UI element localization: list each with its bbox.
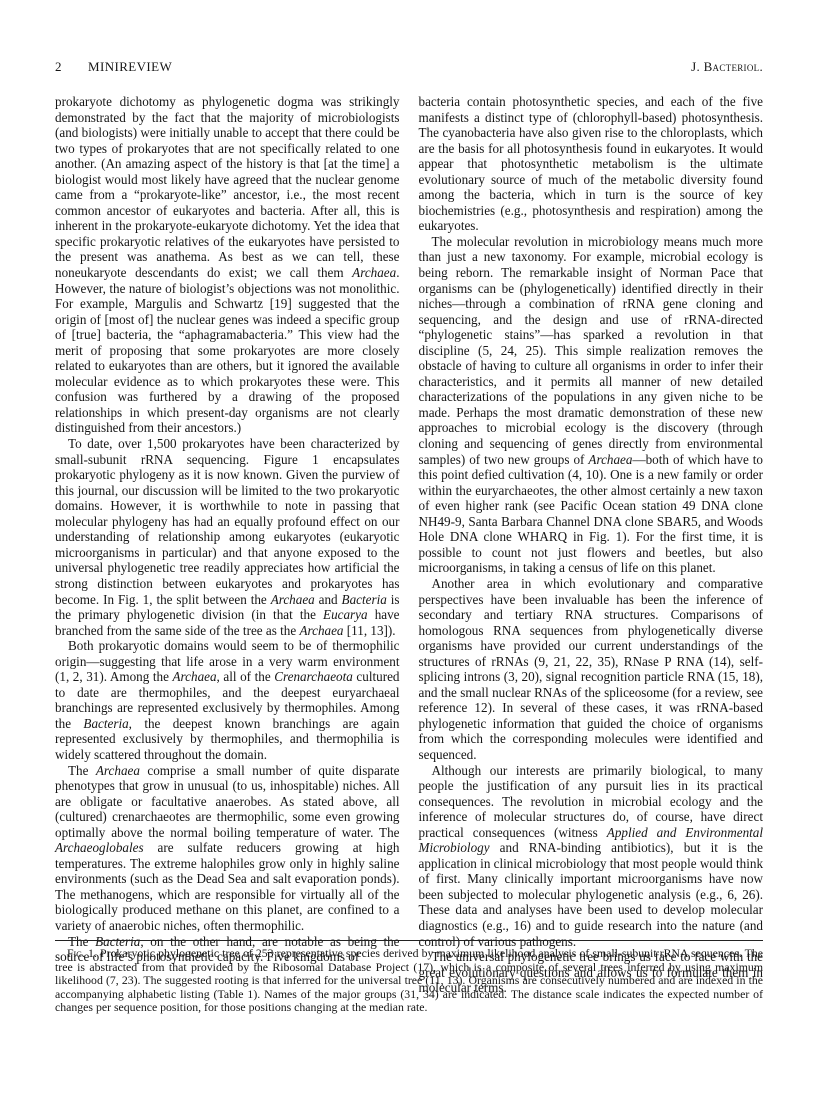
italic-text: Archaea xyxy=(299,623,343,638)
body-text: [11, 13]). xyxy=(344,623,396,638)
italic-text: Bacteria xyxy=(342,592,387,607)
italic-text: Archaea xyxy=(271,592,315,607)
body-text: , all of the xyxy=(217,669,275,684)
caption-divider xyxy=(55,940,763,941)
running-title: MINIREVIEW xyxy=(88,59,172,75)
article-body: prokaryote dichotomy as phylogenetic dog… xyxy=(55,94,763,996)
page-header: 2 MINIREVIEW J. Bacteriol. xyxy=(55,59,763,75)
italic-text: Archaea xyxy=(96,763,140,778)
body-text: Another area in which evolutionary and c… xyxy=(419,576,764,762)
italic-text: Archaeoglobales xyxy=(55,840,144,855)
body-text: . However, the nature of biologist’s obj… xyxy=(55,265,400,435)
right-column: bacteria contain photosynthetic species,… xyxy=(419,94,764,996)
body-text: and xyxy=(315,592,342,607)
body-text: Prokaryotic phylogenetic tree of 253 rep… xyxy=(55,946,763,1014)
italic-text: Crenarchaeota xyxy=(274,669,353,684)
journal-title: J. Bacteriol. xyxy=(691,59,763,75)
paragraph: The Archaea comprise a small number of q… xyxy=(55,763,400,934)
header-left: 2 MINIREVIEW xyxy=(55,59,172,75)
paragraph: Although our interests are primarily bio… xyxy=(419,763,764,950)
paragraph: Another area in which evolutionary and c… xyxy=(419,576,764,763)
paragraph: bacteria contain photosynthetic species,… xyxy=(419,94,764,234)
body-text: and RNA-binding antibiotics), but it is … xyxy=(419,840,764,948)
paragraph: Both prokaryotic domains would seem to b… xyxy=(55,638,400,762)
paragraph: The molecular revolution in microbiology… xyxy=(419,234,764,576)
body-text: prokaryote dichotomy as phylogenetic dog… xyxy=(55,94,400,280)
italic-text: Eucarya xyxy=(323,607,368,622)
page-number: 2 xyxy=(55,59,88,75)
body-text: The xyxy=(68,763,96,778)
paragraph: To date, over 1,500 prokaryotes have bee… xyxy=(55,436,400,638)
figure-caption: Fig. 1. Prokaryotic phylogenetic tree of… xyxy=(55,947,763,1015)
left-column: prokaryote dichotomy as phylogenetic dog… xyxy=(55,94,400,996)
journal-page: 2 MINIREVIEW J. Bacteriol. prokaryote di… xyxy=(0,0,816,1098)
italic-text: Archaea xyxy=(173,669,217,684)
italic-text: Archaea xyxy=(352,265,396,280)
body-text: bacteria contain photosynthetic species,… xyxy=(419,94,764,233)
italic-text: Bacteria xyxy=(83,716,128,731)
paragraph: Fig. 1. Prokaryotic phylogenetic tree of… xyxy=(55,947,763,1015)
paragraph: prokaryote dichotomy as phylogenetic dog… xyxy=(55,94,400,436)
smallcaps-text: Fig. 1. xyxy=(67,946,97,960)
body-text: To date, over 1,500 prokaryotes have bee… xyxy=(55,436,400,606)
body-text: The molecular revolution in microbiology… xyxy=(419,234,764,467)
body-text: —both of which have to this point defied… xyxy=(419,452,764,576)
italic-text: Archaea xyxy=(588,452,632,467)
